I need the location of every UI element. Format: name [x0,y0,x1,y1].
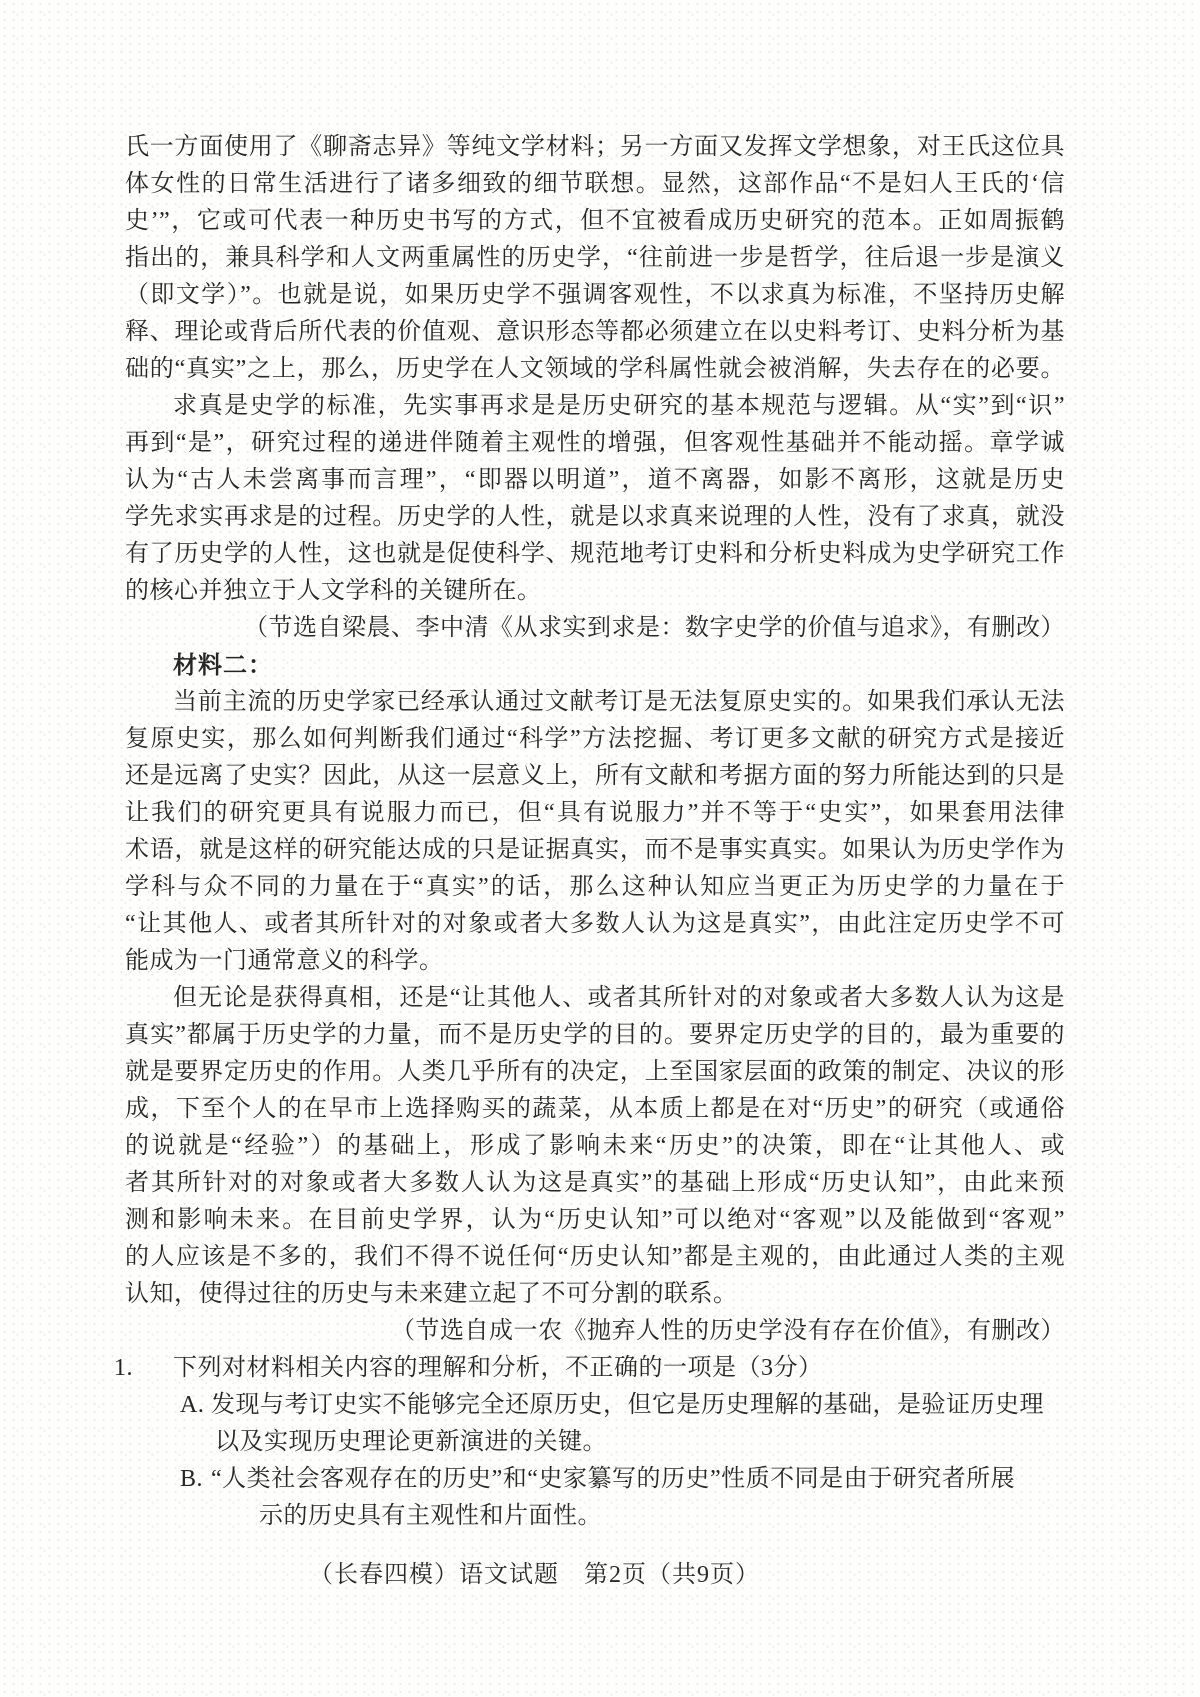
material-two-body-line: 真实”都属于历史学的力量，而不是历史学的目的。要界定历史学的目的，最为重要的 [125,1017,1065,1054]
item-number: A. [180,1387,211,1424]
material-two-body-line: 术语，就是这样的研究能达成的只是证据真实，而不是事实真实。如果认为历史学作为 [125,832,1065,869]
item-text: “人类社会客观存在的历史”和“史家纂写的历史”性质不同是由于研究者所展 [211,1466,1015,1492]
material-one-body-line: 再到“是”，研究过程的递进伴随着主观性的增强，但客观性基础并不能动摇。章学诚 [125,425,1065,462]
material-two-body-line: 学科与众不同的力量在于“真实”的话，那么这种认知应当更正为历史学的力量在于 [125,869,1065,906]
material-two-body-line: 认知，使得过往的历史与未来建立起了不可分割的联系。 [125,1276,1065,1313]
item-text: 下列对材料相关内容的理解和分析，不正确的一项是（3分） [173,1355,823,1381]
material-one-body-line: 认为“古人未尝离事而言理”，“即器以明道”，道不离器，如影不离形，这就是历史 [125,462,1065,499]
material-two-body-line: 的说就是“经验”）的基础上，形成了影响未来“历史”的决策，即在“让其他人、或 [125,1128,1065,1165]
item-number: 1. [114,1350,173,1387]
item-text: 发现与考订史实不能够完全还原历史，但它是历史理解的基础，是验证历史理解 [180,1392,1044,1424]
material-one-body-line: 的核心并独立于人文学科的关键所在。 [125,573,1065,610]
material-one-body-line: （即文学）”。也就是说，如果历史学不强调客观性，不以求真为标准，不坚持历史解 [125,277,1065,314]
material-two-body-line: 能成为一门通常意义的科学。 [125,943,1065,980]
material-one-body-line: 础的“真实”之上，那么，历史学在人文领域的学科属性就会被消解，失去存在的必要。 [125,351,1065,388]
material-two-body-line: 测和影响未来。在目前史学界，认为“历史认知”可以绝对“客观”以及能做到“客观” [125,1202,1065,1239]
material-two-body-line: 就是要界定历史的作用。人类几乎所有的决定，上至国家层面的政策的制定、决议的形 [125,1054,1065,1091]
page-footer: （长春四模）语文试题 第2页（共9页） [309,1560,760,1590]
exam-paper-page: 氏一方面使用了《聊斋志异》等纯文学材料；另一方面又发挥文学想象，对王氏这位具体女… [0,0,1200,1697]
option-a-line-1: A.发现与考订史实不能够完全还原历史，但它是历史理解的基础，是验证历史理解 [125,1387,1065,1424]
question-1: 1.下列对材料相关内容的理解和分析，不正确的一项是（3分） [114,1350,1065,1387]
document-lines: 氏一方面使用了《聊斋志异》等纯文学材料；另一方面又发挥文学想象，对王氏这位具体女… [125,129,1065,1535]
material-two-body-line: 让我们的研究更具有说服力而已，但“具有说服力”并不等于“史实”，如果套用法律 [125,795,1065,832]
material-two-heading: 材料二： [125,647,1065,684]
item-number: B. [180,1461,211,1498]
material-one-body-line: 有了历史学的人性，这也就是促使科学、规范地考订史料和分析史料成为史学研究工作 [125,536,1065,573]
material-one-body-line: 求真是史学的标准，先实事再求是是历史研究的基本规范与逻辑。从“实”到“识” [125,388,1065,425]
option-a-line-2: 以及实现历史理论更新演进的关键。 [125,1424,1065,1461]
material-two-body-line: 还是远离了史实？因此，从这一层意义上，所有文献和考据方面的努力所能达到的只是 [125,758,1065,795]
material-two-body-line: 当前主流的历史学家已经承认通过文献考订是无法复原史实的。如果我们承认无法 [125,684,1065,721]
material-one-body-line: 氏一方面使用了《聊斋志异》等纯文学材料；另一方面又发挥文学想象，对王氏这位具 [125,129,1065,166]
material-one-attribution: （节选自梁晨、李中清《从求实到求是：数字史学的价值与追求》，有删改） [125,610,1065,647]
material-one-body-line: 学先求实再求是的过程。历史学的人性，就是以求真来说理的人性，没有了求真，就没 [125,499,1065,536]
material-two-attribution: （节选自成一农《抛弃人性的历史学没有存在价值》，有删改） [125,1313,1065,1350]
material-one-body-line: 释、理论或背后所代表的价值观、意识形态等都必须建立在以史料考订、史料分析为基 [125,314,1065,351]
material-two-body-line: “让其他人、或者其所针对的对象或者大多数人认为这是真实”，由此注定历史学不可 [125,906,1065,943]
option-b-line-2: 示的历史具有主观性和片面性。 [125,1498,1065,1535]
material-two-body-line: 复原史实，那么如何判断我们通过“科学”方法挖掘、考订更多文献的研究方式是接近 [125,721,1065,758]
material-two-body-line: 者其所针对的对象或者大多数人认为这是真实”的基础上形成“历史认知”，由此来预 [125,1165,1065,1202]
material-one-body-line: 史’”，它或可代表一种历史书写的方式，但不宜被看成历史研究的范本。正如周振鹤 [125,203,1065,240]
material-two-body-line: 的人应该是不多的，我们不得不说任何“历史认知”都是主观的，由此通过人类的主观 [125,1239,1065,1276]
material-one-body-line: 指出的，兼具科学和人文两重属性的历史学，“往前进一步是哲学，往后退一步是演义 [125,240,1065,277]
option-b-line-1: B.“人类社会客观存在的历史”和“史家纂写的历史”性质不同是由于研究者所展 [125,1461,1065,1498]
material-two-body-line: 成，下至个人的在早市上选择购买的蔬菜，从本质上都是在对“历史”的研究（或通俗 [125,1091,1065,1128]
material-one-body-line: 体女性的日常生活进行了诸多细致的细节联想。显然，这部作品“不是妇人王氏的‘信 [125,166,1065,203]
material-two-body-line: 但无论是获得真相，还是“让其他人、或者其所针对的对象或者大多数人认为这是 [125,980,1065,1017]
